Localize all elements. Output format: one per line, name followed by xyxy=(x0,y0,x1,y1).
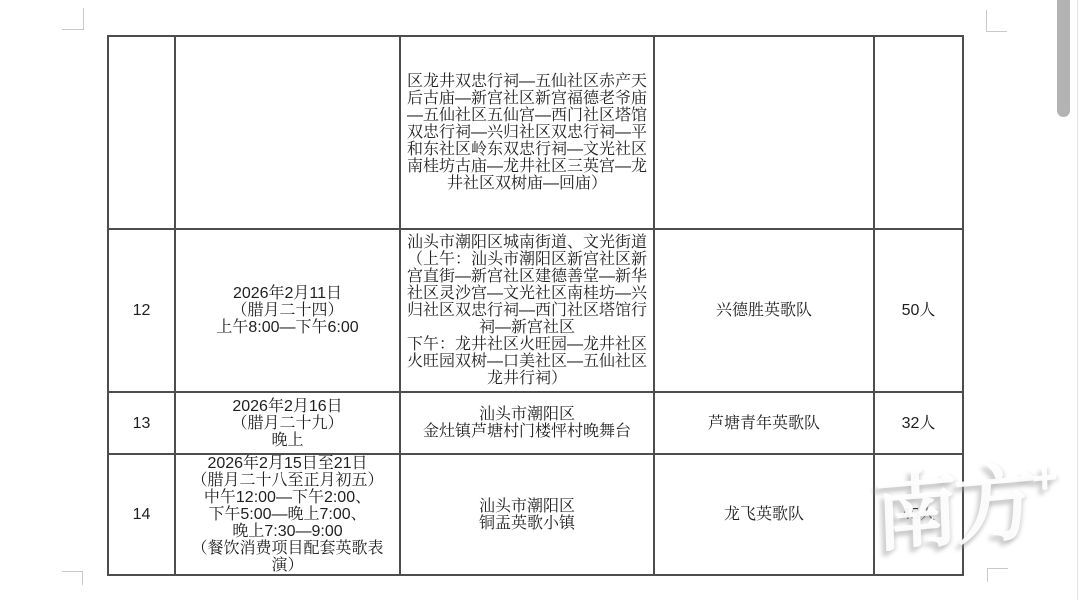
location-cell: 汕头市潮阳区 铜盂英歌小镇 xyxy=(400,454,654,575)
table-row-12: 12 2026年2月11日 （腊月二十四） 上午8:00—下午6:00 汕头市潮… xyxy=(108,229,963,392)
date-line: 晚上7:30—9:00 xyxy=(181,523,394,540)
location-paragraph: 汕头市潮阳区 xyxy=(406,498,648,515)
location-paragraph: 铜盂英歌小镇 xyxy=(406,515,648,532)
location-paragraph: （上午：汕头市潮阳区新宫社区新宫直街—新宫社区建德善堂—新华社区灵沙宫—文光社区… xyxy=(406,251,648,336)
location-cell: 汕头市潮阳区 金灶镇芦塘村门楼怦村晚舞台 xyxy=(400,392,654,454)
date-line: （餐饮消费项目配套英歌表演） xyxy=(181,540,394,574)
date-line: 晚上 xyxy=(181,432,394,449)
date-line: 中午12:00—下午2:00、 xyxy=(181,489,394,506)
date-cell: 2026年2月11日 （腊月二十四） 上午8:00—下午6:00 xyxy=(175,229,400,392)
performance-schedule-table: 区龙井双忠行祠—五仙社区赤产天后古庙—新宫社区新宫福德老爷庙—五仙社区五仙宫—西… xyxy=(107,35,964,576)
team-cell xyxy=(654,36,874,229)
vertical-scrollbar-thumb[interactable] xyxy=(1057,0,1070,117)
date-line: 上午8:00—下午6:00 xyxy=(181,319,394,336)
margin-mark-bottom-left xyxy=(62,571,83,585)
margin-mark-bottom-right xyxy=(987,568,1008,582)
window-edge-divider xyxy=(1077,0,1078,600)
margin-mark-top-right xyxy=(986,10,1007,32)
row-number-cell: 13 xyxy=(108,392,175,454)
row-number-cell: 14 xyxy=(108,454,175,575)
date-cell: 2026年2月15日至21日 （腊月二十八至正月初五） 中午12:00—下午2:… xyxy=(175,454,400,575)
location-paragraph: 汕头市潮阳区 xyxy=(406,406,648,423)
date-line: （腊月二十九） xyxy=(181,415,394,432)
date-line: 2026年2月15日至21日 xyxy=(181,455,394,472)
location-paragraph: 下午：龙井社区火旺园—龙井社区火旺园双树—口美社区—五仙社区龙井行祠） xyxy=(406,336,648,387)
date-line: 2026年2月16日 xyxy=(181,398,394,415)
table-row-continued: 区龙井双忠行祠—五仙社区赤产天后古庙—新宫社区新宫福德老爷庙—五仙社区五仙宫—西… xyxy=(108,36,963,229)
headcount-cell: 45人 xyxy=(874,454,963,575)
headcount-cell: 32人 xyxy=(874,392,963,454)
location-paragraph: 金灶镇芦塘村门楼怦村晚舞台 xyxy=(406,423,648,440)
table-row-13: 13 2026年2月16日 （腊月二十九） 晚上 汕头市潮阳区 金灶镇芦塘村门楼… xyxy=(108,392,963,454)
row-number-cell xyxy=(108,36,175,229)
margin-mark-top-left xyxy=(62,8,84,30)
location-cell: 汕头市潮阳区城南街道、文光街道 （上午：汕头市潮阳区新宫社区新宫直街—新宫社区建… xyxy=(400,229,654,392)
table-row-14: 14 2026年2月15日至21日 （腊月二十八至正月初五） 中午12:00—下… xyxy=(108,454,963,575)
date-line: 下午5:00—晚上7:00、 xyxy=(181,506,394,523)
date-cell: 2026年2月16日 （腊月二十九） 晚上 xyxy=(175,392,400,454)
headcount-cell xyxy=(874,36,963,229)
team-cell: 龙飞英歌队 xyxy=(654,454,874,575)
watermark-plus-icon: + xyxy=(1030,450,1059,504)
date-cell xyxy=(175,36,400,229)
row-number-cell: 12 xyxy=(108,229,175,392)
location-cell: 区龙井双忠行祠—五仙社区赤产天后古庙—新宫社区新宫福德老爷庙—五仙社区五仙宫—西… xyxy=(400,36,654,229)
date-line: （腊月二十八至正月初五） xyxy=(181,472,394,489)
team-cell: 芦塘青年英歌队 xyxy=(654,392,874,454)
headcount-cell: 50人 xyxy=(874,229,963,392)
date-line: （腊月二十四） xyxy=(181,302,394,319)
location-paragraph: 汕头市潮阳区城南街道、文光街道 xyxy=(406,234,648,251)
team-cell: 兴德胜英歌队 xyxy=(654,229,874,392)
route-continuation-text: 区龙井双忠行祠—五仙社区赤产天后古庙—新宫社区新宫福德老爷庙—五仙社区五仙宫—西… xyxy=(406,73,648,192)
document-viewer: 区龙井双忠行祠—五仙社区赤产天后古庙—新宫社区新宫福德老爷庙—五仙社区五仙宫—西… xyxy=(0,0,1080,600)
date-line: 2026年2月11日 xyxy=(181,285,394,302)
